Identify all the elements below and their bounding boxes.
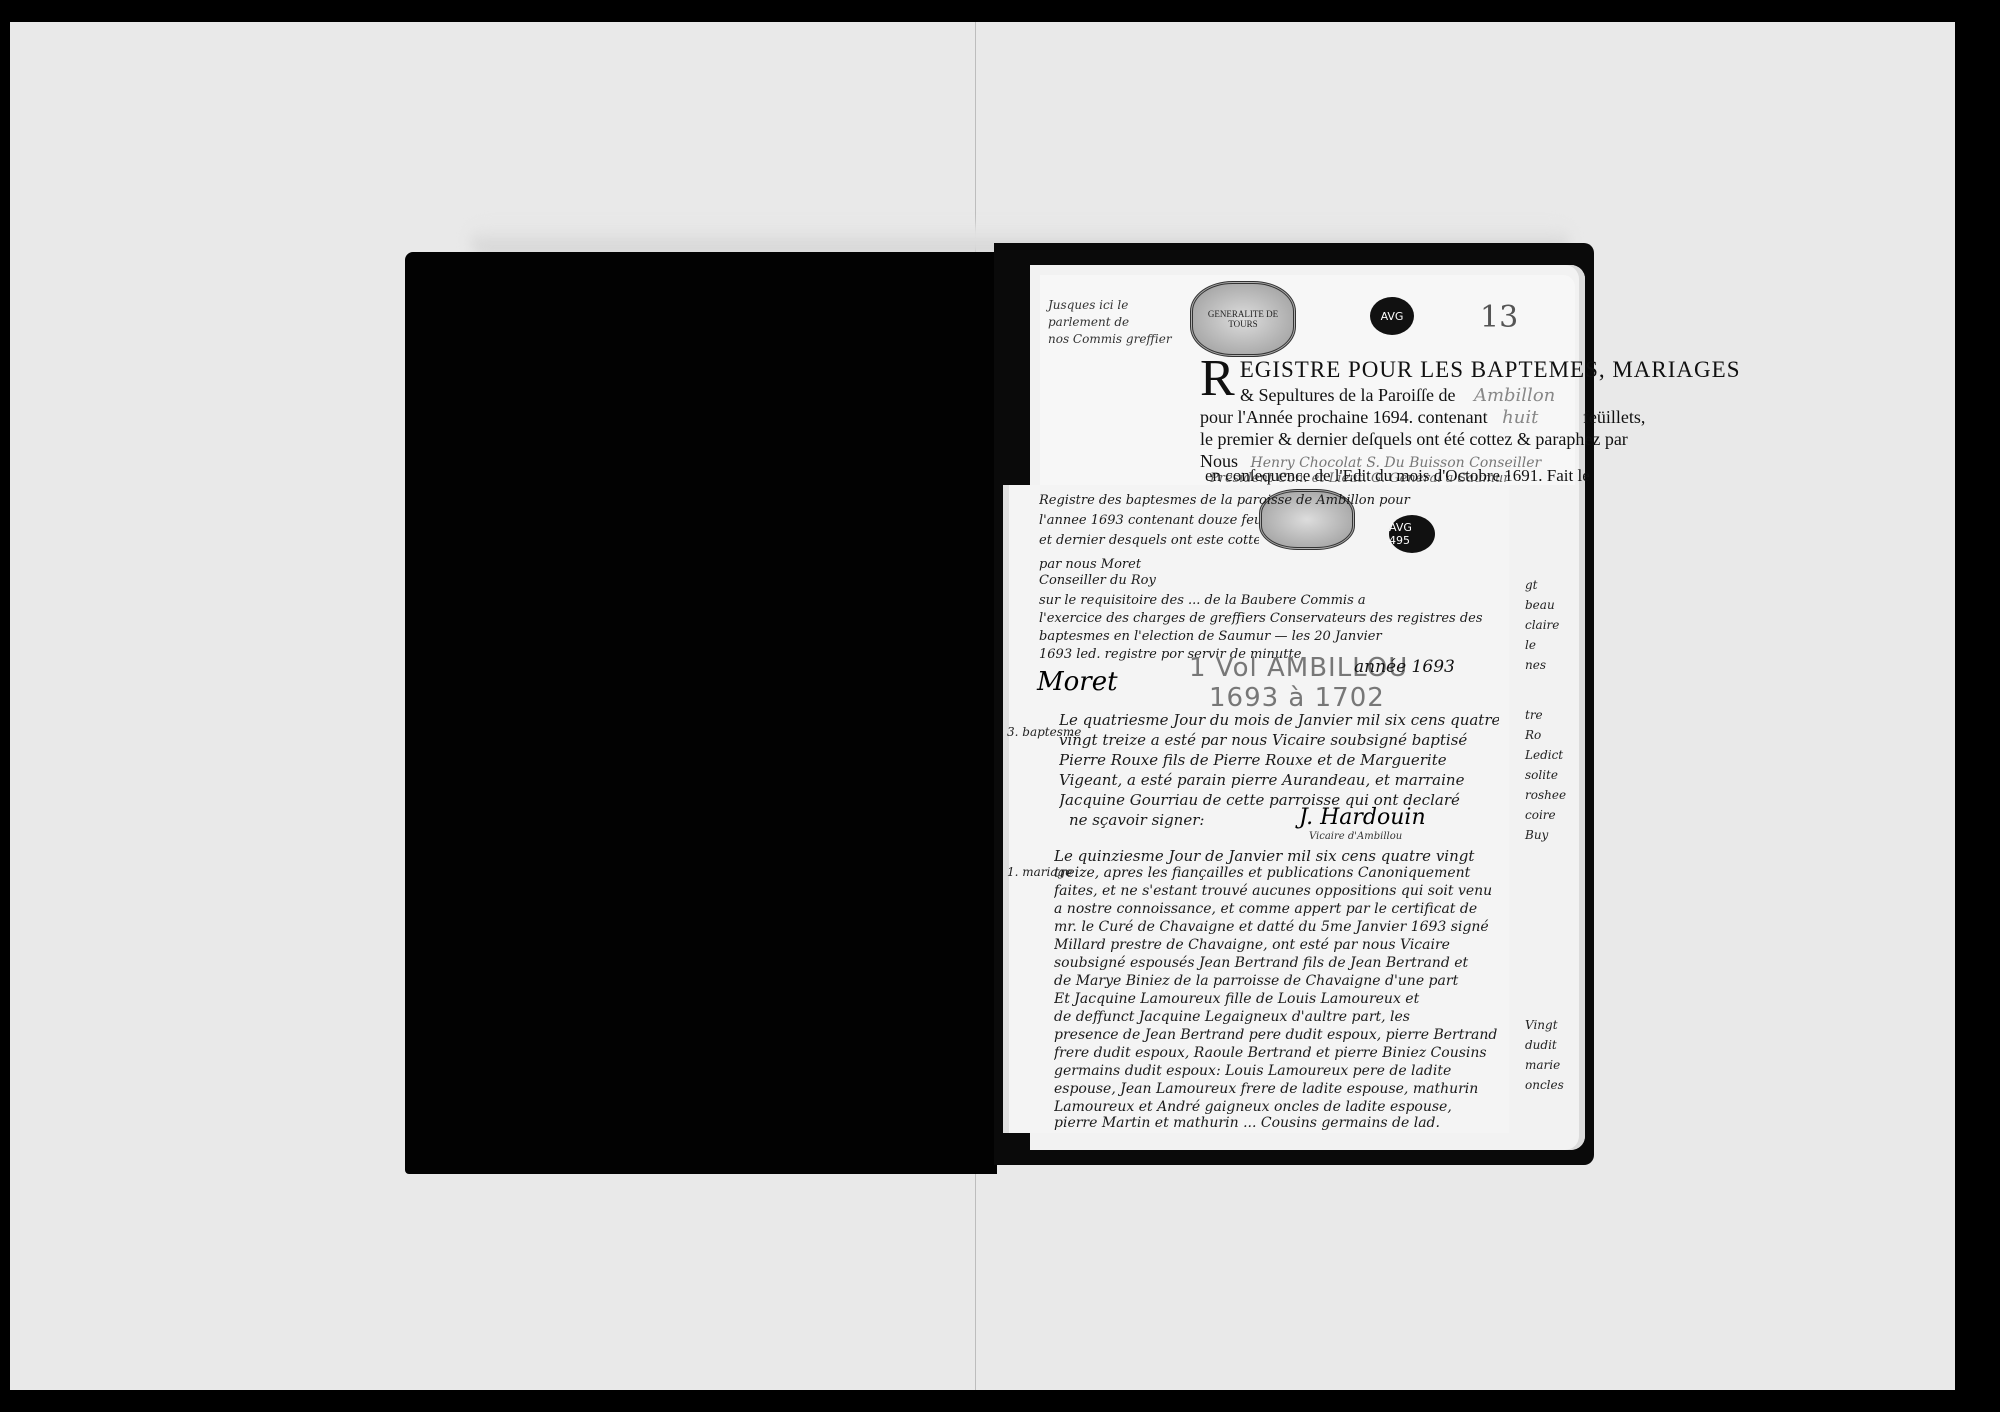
intro-line: l'annee 1693 contenant douze feuillets l… xyxy=(1039,513,1259,528)
crest-stamp-icon: GENERALITE DE TOURS xyxy=(1190,281,1296,357)
margin-fragment: marie xyxy=(1525,1055,1570,1075)
margin-fragment: solite xyxy=(1525,765,1570,785)
leaf-count-hand: huit xyxy=(1502,407,1538,428)
parish-name-hand: Ambillon xyxy=(1474,385,1555,406)
intro-line: l'exercice des charges de greffiers Cons… xyxy=(1039,611,1499,626)
entry-line: Vigeant, a esté parain pierre Aurandeau,… xyxy=(1059,771,1499,789)
intro-line: sur le requisitoire des ... de la Bauber… xyxy=(1039,593,1499,608)
header-line-7: en conſequence de l'Edit du mois d'Octob… xyxy=(1205,466,1590,486)
entry-line: faites, et ne s'estant trouvé aucunes op… xyxy=(1054,883,1499,899)
entry-line: Le quatriesme Jour du mois de Janvier mi… xyxy=(1059,711,1499,729)
print-text: & Sepultures de la Paroiſſe de xyxy=(1240,385,1455,405)
entry-line: vingt treize a esté par nous Vicaire sou… xyxy=(1059,731,1499,749)
print-text: feüillets, xyxy=(1583,407,1645,427)
header-line-3: pour l'Année prochaine 1694. contenant h… xyxy=(1200,407,1645,428)
margin-fragment: nes xyxy=(1525,655,1570,675)
margin-fragment: coire xyxy=(1525,805,1570,825)
entry-line: a nostre connoissance, et comme appert p… xyxy=(1054,901,1499,917)
intro-line: Conseiller du Roy xyxy=(1039,573,1259,588)
intro-line: par nous Moret xyxy=(1039,557,1259,572)
entry-line: soubsigné espousés Jean Bertrand fils de… xyxy=(1054,955,1499,971)
note-line: Jusques ici le xyxy=(1048,297,1172,314)
print-text: pour l'Année prochaine 1694. contenant xyxy=(1200,407,1488,427)
seal-stamp-icon: AVG 495 xyxy=(1389,515,1435,553)
margin-fragment: oncles xyxy=(1525,1075,1570,1095)
binder-left-cover xyxy=(405,252,997,1174)
entry-line: germains dudit espoux: Louis Lamoureux p… xyxy=(1054,1063,1499,1079)
seal-text: AVG 495 xyxy=(1389,521,1435,547)
margin-fragment: roshee xyxy=(1525,785,1570,805)
title-text: EGISTRE POUR LES BAPTEMES, MARIAGES xyxy=(1240,357,1741,382)
entry-line: Millard prestre de Chavaigne, ont esté p… xyxy=(1054,937,1499,953)
intro-line: Registre des baptesmes de la paroisse de… xyxy=(1039,493,1499,508)
entry-line: frere dudit espoux, Raoule Bertrand et p… xyxy=(1054,1045,1499,1061)
signature-title: Vicaire d'Ambillou xyxy=(1309,831,1402,842)
intro-line: et dernier desquels ont este cottes et p… xyxy=(1039,533,1259,548)
header-line-4: le premier & dernier deſquels ont été co… xyxy=(1200,429,1628,450)
intro-line: baptesmes en l'election de Saumur — les … xyxy=(1039,629,1499,644)
margin-fragment: dudit xyxy=(1525,1035,1570,1055)
handwritten-register-page: AVG 495 Registre des baptesmes de la par… xyxy=(1003,485,1509,1133)
entry-line: treize, apres les fiançailles et publica… xyxy=(1054,865,1499,881)
annee-note: année 1693 xyxy=(1354,657,1455,677)
margin-fragment: gt xyxy=(1525,575,1570,595)
right-margin-notes: gt beau claire le nes tre Ro Ledict soli… xyxy=(1525,575,1570,1095)
entry-line: de Marye Biniez de la parroisse de Chava… xyxy=(1054,973,1499,989)
crest-text: GENERALITE DE TOURS xyxy=(1193,309,1293,329)
margin-fragment: Ro xyxy=(1525,725,1570,745)
margin-fragment: claire xyxy=(1525,615,1570,635)
signature-moret: Moret xyxy=(1037,667,1118,697)
entry-line: pierre Martin et mathurin ... Cousins ge… xyxy=(1054,1115,1499,1131)
margin-fragment: beau xyxy=(1525,595,1570,615)
seal-stamp-icon: AVG xyxy=(1370,297,1414,335)
signature-hardouin: J. Hardouin xyxy=(1299,805,1426,830)
entry-line: Jacquine Gourriau de cette parroisse qui… xyxy=(1059,791,1499,809)
entry-line: Le quinziesme Jour de Janvier mil six ce… xyxy=(1054,847,1499,865)
margin-fragment: tre xyxy=(1525,705,1570,725)
margin-fragment: Vingt xyxy=(1525,1015,1570,1035)
note-line: parlement de xyxy=(1048,314,1172,331)
entry-line: Pierre Rouxe fils de Pierre Rouxe et de … xyxy=(1059,751,1499,769)
margin-fragment: Ledict xyxy=(1525,745,1570,765)
top-left-note: Jusques ici le parlement de nos Commis g… xyxy=(1048,297,1172,348)
note-line: nos Commis greffier xyxy=(1048,331,1172,348)
entry-line: espouse, Jean Lamoureux frere de ladite … xyxy=(1054,1081,1499,1097)
entry-line: de deffunct Jacquine Legaigneux d'aultre… xyxy=(1054,1009,1499,1025)
entry-line: presence de Jean Bertrand pere dudit esp… xyxy=(1054,1027,1499,1043)
margin-fragment: Buy xyxy=(1525,825,1570,845)
title-drop-cap: R xyxy=(1200,357,1236,401)
entry-line: mr. le Curé de Chavaigne et datté du 5me… xyxy=(1054,919,1499,935)
archive-stamp-years: 1693 à 1702 xyxy=(1209,683,1385,713)
header-line-2: & Sepultures de la Paroiſſe de Ambillon xyxy=(1240,385,1555,406)
folio-number: 13 xyxy=(1480,300,1518,335)
entry-line: Et Jacquine Lamoureux fille de Louis Lam… xyxy=(1054,991,1499,1007)
margin-fragment: le xyxy=(1525,635,1570,655)
seal-text: AVG xyxy=(1381,310,1404,323)
entry-line: Lamoureux et André gaigneux oncles de la… xyxy=(1054,1099,1499,1115)
